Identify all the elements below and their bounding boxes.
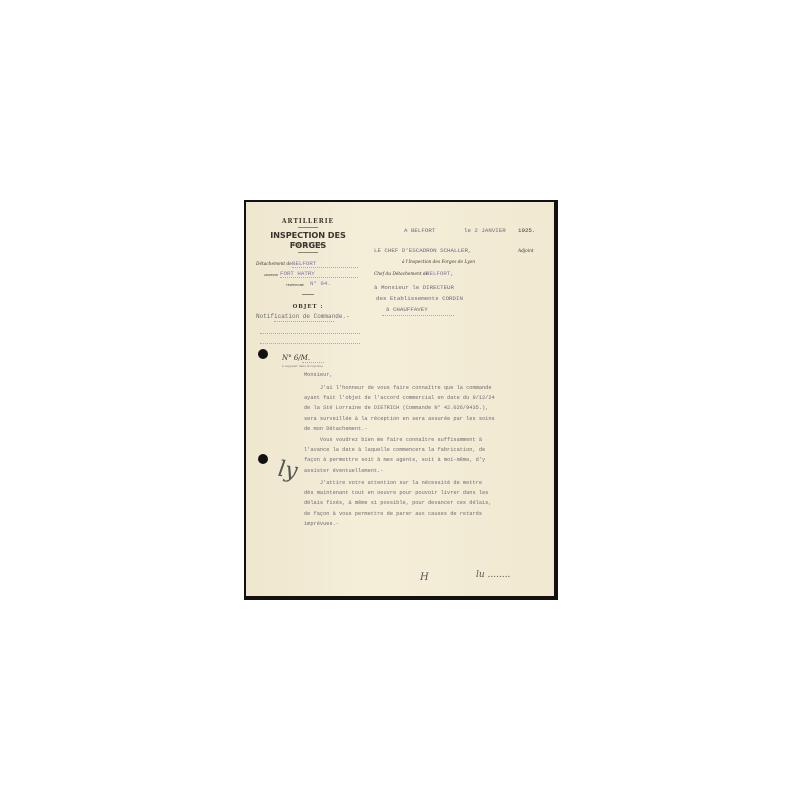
dateline-date: le 2 JANVIER [464, 227, 506, 234]
body-paragraph-3: J'attire votre attention sur la nécessit… [304, 478, 492, 529]
address-value: FORT HATRY [280, 270, 315, 277]
left-initial: H [420, 572, 429, 583]
object-value: Notification de Commande.- [256, 313, 350, 320]
sender-name: LE CHEF D'ESCADRON SCHALLER, [374, 247, 471, 254]
divider [298, 252, 318, 253]
punch-hole [258, 349, 268, 359]
object-label: OBJET : [254, 304, 362, 310]
field-line [382, 315, 454, 316]
detachment-label: Détachement de [256, 262, 292, 267]
address-label: ADRESSE [264, 273, 278, 277]
divider [298, 227, 318, 228]
dateline-place: A BELFORT [404, 227, 435, 234]
phone-label: TÉLÉPHONE [286, 283, 304, 287]
scanned-letter: ARTILLERIE INSPECTION DES FORGES DE LYON… [244, 200, 558, 600]
field-line [280, 277, 358, 278]
detachment-value: BELFORT [292, 260, 316, 267]
margin-initials: ly [276, 457, 299, 484]
sender-role-label: Chef du Détachement de [374, 272, 428, 277]
recipient-line2: des Etablissements CORDIN [376, 295, 463, 302]
field-line [260, 333, 360, 334]
field-line [292, 267, 358, 268]
dateline-year: 1925. [518, 227, 535, 234]
punch-hole [258, 454, 268, 464]
right-initial: lu ........ [476, 570, 510, 580]
field-line [302, 362, 324, 363]
sender-role-value: BELFORT, [426, 270, 454, 277]
recipient-line3: à CHAUFFAVEY [386, 306, 428, 313]
letterhead-service: ARTILLERIE [254, 218, 362, 225]
reference-number: N° 6/M. [282, 354, 310, 362]
salutation: Monsieur, [304, 370, 333, 380]
divider [302, 294, 314, 295]
body-paragraph-1: J'ai l'honneur de vous faire connaître q… [304, 383, 495, 434]
field-line [260, 343, 360, 344]
letterhead-city: DE LYON [254, 242, 362, 248]
reference-note: à rappeler dans la réponse [282, 364, 323, 368]
body-paragraph-2: Vous voudrez bien me faire connaître suf… [304, 435, 485, 476]
field-line [274, 321, 334, 322]
recipient-line1: à Monsieur le DIRECTEUR [374, 284, 454, 291]
letter-page: ARTILLERIE INSPECTION DES FORGES DE LYON… [246, 202, 554, 596]
sender-suffix: Adjoint [518, 249, 534, 254]
phone-value: N° 94. [310, 280, 331, 287]
sender-unit: à l'Inspection des Forges de Lyon [402, 260, 475, 265]
